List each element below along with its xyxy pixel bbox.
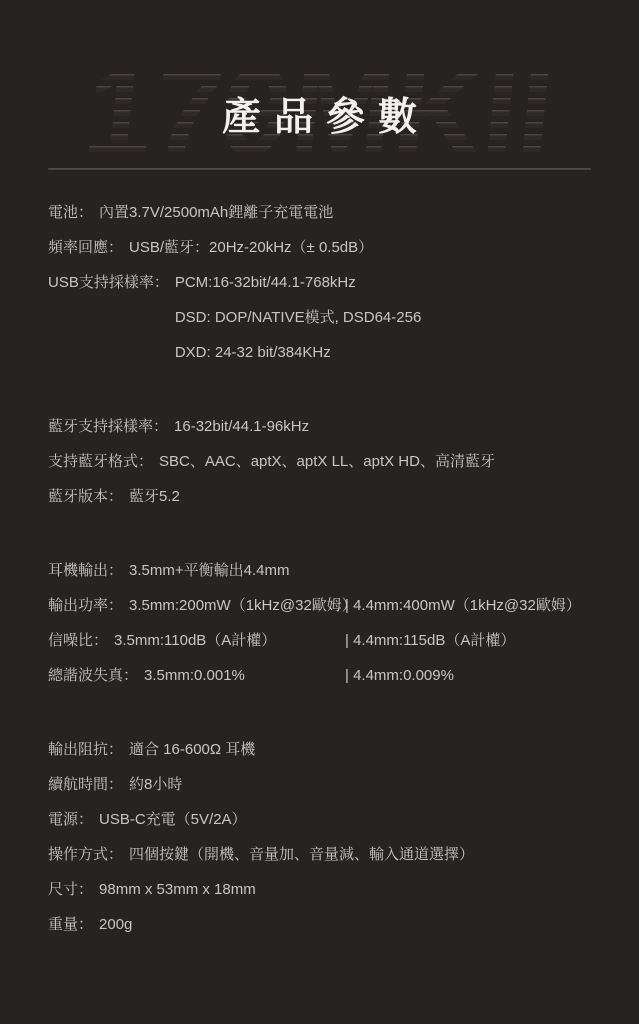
spec-value-44mm: | 4.4mm:115dB（A計權）: [345, 631, 515, 651]
spec-value: 內置3.7V/2500mAh鋰離子充電電池: [99, 204, 333, 221]
spec-value: 藍牙5.2: [129, 488, 180, 505]
spec-dual-left: 輸出功率：3.5mm:200mW（1kHz@32歐姆）: [48, 596, 345, 616]
spec-label: 輸出阻抗：: [48, 741, 123, 758]
spec-value-44mm: | 4.4mm:0.009%: [345, 666, 454, 686]
spec-list: 電池：內置3.7V/2500mAh鋰離子充電電池 頻率回應：USB/藍牙：20H…: [48, 170, 603, 935]
spec-label: 藍牙版本：: [48, 488, 123, 505]
spec-label: 續航時間：: [48, 776, 123, 793]
spec-label: 電源：: [48, 811, 93, 828]
spec-row-usb-sample-rate: USB支持採樣率： PCM:16-32bit/44.1-768kHz DSD: …: [48, 273, 603, 363]
spec-label: 頻率回應：: [48, 239, 123, 256]
spec-dual-left: 總諧波失真：3.5mm:0.001%: [48, 666, 345, 686]
spec-label: 耳機輸出：: [48, 562, 123, 579]
spec-label: 操作方式：: [48, 846, 123, 863]
spec-value: 適合 16-600Ω 耳機: [129, 741, 255, 758]
spec-value: USB-C充電（5V/2A）: [99, 811, 247, 828]
spec-value: USB/藍牙：20Hz-20kHz（± 0.5dB）: [129, 239, 373, 256]
spec-row-power-supply: 電源：USB-C充電（5V/2A）: [48, 810, 603, 830]
spec-row-controls: 操作方式：四個按鍵（開機、音量加、音量減、輸入通道選擇）: [48, 845, 603, 865]
spec-label: 輸出功率：: [48, 597, 123, 614]
spec-row-weight: 重量：200g: [48, 915, 603, 935]
page-title: 產品參數: [13, 86, 639, 142]
spec-row-output-impedance: 輸出阻抗：適合 16-600Ω 耳機: [48, 740, 603, 760]
spec-label: 信噪比：: [48, 632, 108, 649]
spec-value: 3.5mm+平衡輸出4.4mm: [129, 562, 289, 579]
product-spec-page: 179MKII 產品參數 電池：內置3.7V/2500mAh鋰離子充電電池 頻率…: [0, 0, 639, 1024]
spec-value: 約8小時: [129, 776, 182, 793]
spec-row-thd: 總諧波失真：3.5mm:0.001% | 4.4mm:0.009%: [48, 666, 603, 686]
spec-row-battery: 電池：內置3.7V/2500mAh鋰離子充電電池: [48, 203, 603, 223]
spec-row-dimensions: 尺寸：98mm x 53mm x 18mm: [48, 880, 603, 900]
spec-label: USB支持採樣率：: [48, 273, 169, 363]
spec-value-pcm: PCM:16-32bit/44.1-768kHz: [175, 273, 421, 293]
spec-value-35mm: 3.5mm:0.001%: [144, 667, 245, 684]
spec-value: 四個按鍵（開機、音量加、音量減、輸入通道選擇）: [129, 846, 474, 863]
header: 179MKII 產品參數: [0, 0, 639, 170]
spec-row-bt-version: 藍牙版本：藍牙5.2: [48, 487, 603, 507]
spec-row-headphone-out: 耳機輸出：3.5mm+平衡輸出4.4mm: [48, 561, 603, 581]
spec-value: 200g: [99, 916, 132, 933]
spec-value-35mm: 3.5mm:110dB（A計權）: [114, 632, 276, 649]
spec-row-bt-codecs: 支持藍牙格式：SBC、AAC、aptX、aptX LL、aptX HD、高清藍牙: [48, 452, 603, 472]
spec-value-35mm: 3.5mm:200mW（1kHz@32歐姆）: [129, 597, 357, 614]
spec-label: 總諧波失真：: [48, 667, 138, 684]
spec-value-dxd: DXD: 24-32 bit/384KHz: [175, 343, 421, 363]
spec-label: 尺寸：: [48, 881, 93, 898]
spec-value-44mm: | 4.4mm:400mW（1kHz@32歐姆）: [345, 596, 581, 616]
spec-value: 16-32bit/44.1-96kHz: [174, 418, 309, 435]
spec-multi-values: PCM:16-32bit/44.1-768kHz DSD: DOP/NATIVE…: [175, 273, 421, 363]
spec-row-frequency-response: 頻率回應：USB/藍牙：20Hz-20kHz（± 0.5dB）: [48, 238, 603, 258]
spec-row-output-power: 輸出功率：3.5mm:200mW（1kHz@32歐姆） | 4.4mm:400m…: [48, 596, 603, 616]
spec-label: 支持藍牙格式：: [48, 453, 153, 470]
spec-value: SBC、AAC、aptX、aptX LL、aptX HD、高清藍牙: [159, 453, 495, 470]
spec-row-battery-life: 續航時間：約8小時: [48, 775, 603, 795]
spec-row-snr: 信噪比：3.5mm:110dB（A計權） | 4.4mm:115dB（A計權）: [48, 631, 603, 651]
spec-dual-left: 信噪比：3.5mm:110dB（A計權）: [48, 631, 345, 651]
spec-row-bt-sample-rate: 藍牙支持採樣率：16-32bit/44.1-96kHz: [48, 417, 603, 437]
spec-label: 電池：: [48, 204, 93, 221]
spec-label: 藍牙支持採樣率：: [48, 418, 168, 435]
spec-value-dsd: DSD: DOP/NATIVE模式, DSD64-256: [175, 308, 421, 328]
spec-label: 重量：: [48, 916, 93, 933]
spec-value: 98mm x 53mm x 18mm: [99, 881, 256, 898]
